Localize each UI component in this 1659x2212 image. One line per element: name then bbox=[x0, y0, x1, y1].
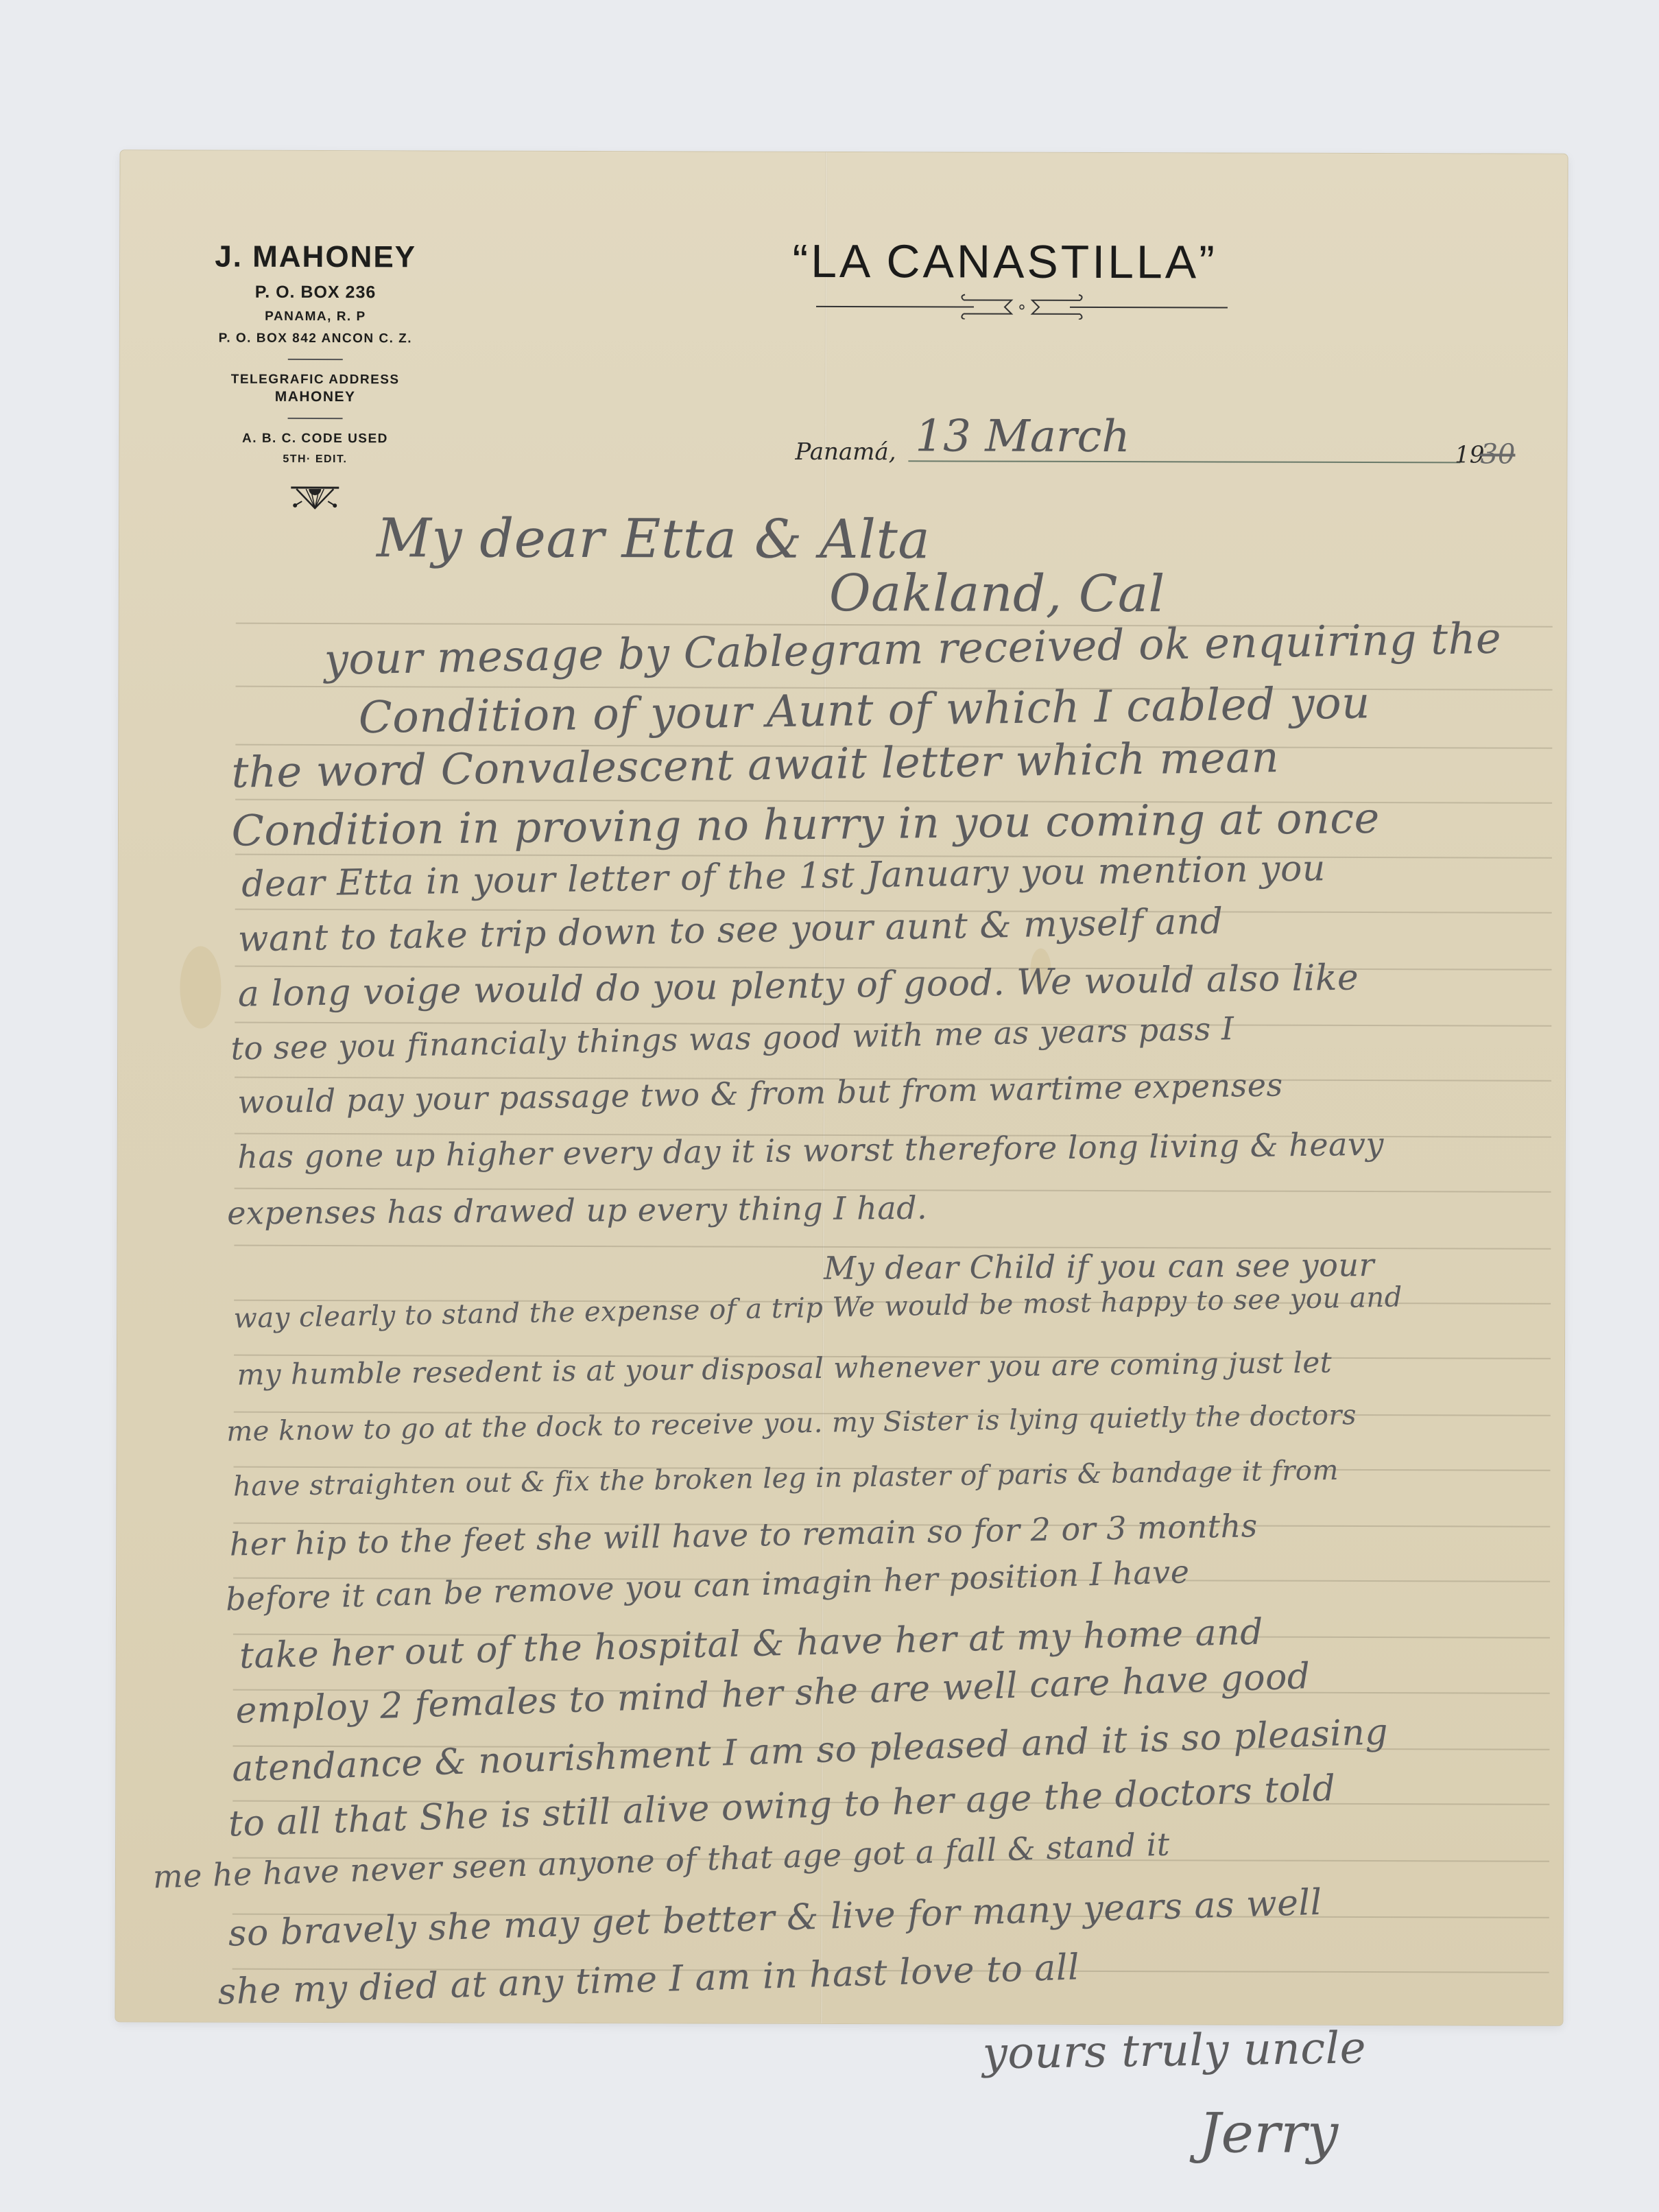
letter-line: before it can be remove you can imagin h… bbox=[225, 1553, 1190, 1617]
date-year-suffix: 30 bbox=[1480, 438, 1515, 470]
letter-line: my humble resedent is at your disposal w… bbox=[237, 1346, 1332, 1392]
letter-line: My dear Child if you can see your bbox=[824, 1246, 1374, 1287]
letter-line: to see you financialy things was good wi… bbox=[230, 1010, 1234, 1067]
paper-stain bbox=[180, 946, 221, 1028]
letter-address: Oakland, Cal bbox=[829, 564, 1165, 623]
letter-line: me know to go at the dock to receive you… bbox=[226, 1399, 1357, 1447]
date-line: Panamá, 13 March 19 30 bbox=[795, 416, 1549, 473]
letter-line: Condition in proving no hurry in you com… bbox=[231, 793, 1380, 856]
letterhead-po-box: P. O. BOX 236 bbox=[168, 282, 463, 302]
letterhead-name: J. MAHONEY bbox=[168, 239, 463, 274]
date-place: Panamá, bbox=[795, 438, 896, 466]
letter-closing: yours truly uncle bbox=[982, 2023, 1366, 2079]
fan-emblem-icon bbox=[288, 485, 342, 512]
letterhead-title: “LA CANASTILLA” bbox=[669, 234, 1341, 289]
letterhead-ornament-icon bbox=[816, 292, 1228, 320]
letter-salutation: My dear Etta & Alta bbox=[377, 508, 930, 571]
letter-line: way clearly to stand the expense of a tr… bbox=[233, 1281, 1403, 1334]
letter-line: dear Etta in your letter of the 1st Janu… bbox=[241, 848, 1326, 905]
letterhead-code-edition: 5TH· EDIT. bbox=[167, 453, 462, 466]
letter-line: she my died at any time I am in hast lov… bbox=[217, 1947, 1080, 2012]
letterhead-po-box-2: P. O. BOX 842 ANCON C. Z. bbox=[168, 331, 463, 346]
letterhead-telegraphic-label: TELEGRAFIC ADDRESS bbox=[168, 372, 463, 388]
letter-line: have straighten out & fix the broken leg… bbox=[233, 1455, 1339, 1503]
letterhead-left: J. MAHONEY P. O. BOX 236 PANAMA, R. P P.… bbox=[167, 239, 463, 516]
letterhead-telegraphic-value: MAHONEY bbox=[168, 388, 463, 405]
letterhead-city: PANAMA, R. P bbox=[168, 309, 463, 324]
letter-line: expenses has drawed up every thing I had… bbox=[227, 1189, 927, 1232]
letterhead-divider bbox=[288, 359, 343, 360]
letter-signature: Jerry bbox=[1199, 2101, 1339, 2165]
date-handwritten: 13 March bbox=[915, 411, 1130, 462]
letter-line: would pay your passage two & from but fr… bbox=[237, 1066, 1283, 1120]
letterhead-divider bbox=[288, 418, 343, 419]
letterhead-code-used: A. B. C. CODE USED bbox=[167, 431, 462, 447]
letter-sheet: J. MAHONEY P. O. BOX 236 PANAMA, R. P P.… bbox=[115, 150, 1567, 2025]
letter-line: so bravely she may get better & live for… bbox=[228, 1882, 1323, 1955]
letter-line: her hip to the feet she will have to rem… bbox=[229, 1507, 1258, 1562]
